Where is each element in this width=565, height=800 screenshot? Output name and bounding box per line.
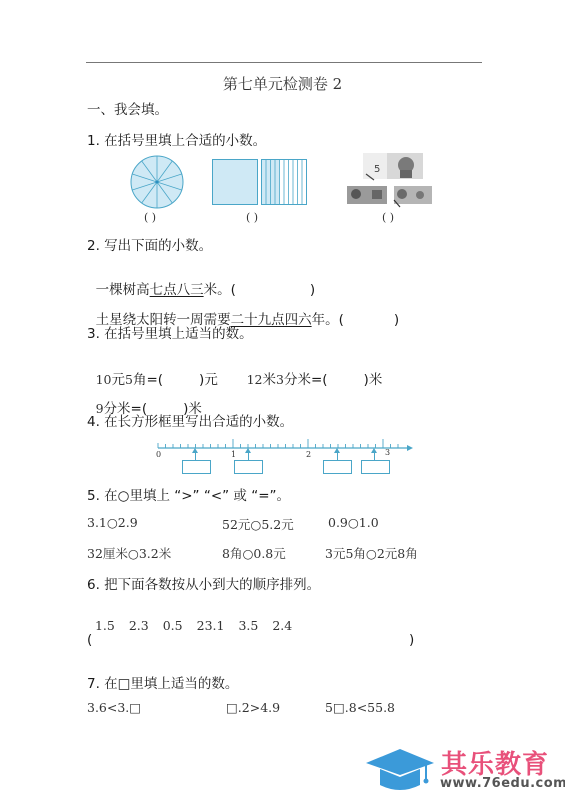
- answer-box-3[interactable]: [323, 460, 352, 474]
- answer-box-2[interactable]: [234, 460, 263, 474]
- page-title: 第七单元检测卷 2: [0, 73, 565, 94]
- square-decimal-figure: [212, 159, 308, 206]
- q6-numbers: 1.52.30.523.13.52.4: [87, 603, 292, 633]
- number: 2.3: [129, 618, 149, 633]
- question-1-label: 1. 在括号里填上合适的小数。: [87, 129, 266, 149]
- arrow-up-icon: [245, 448, 251, 453]
- section-heading: 一、我会填。: [87, 98, 168, 118]
- q7-item-2[interactable]: □.2>4.9: [226, 700, 280, 715]
- arrow-up-icon: [334, 448, 340, 453]
- unit: 米: [263, 372, 277, 388]
- arrow-up-icon: [371, 448, 377, 453]
- banknotes-figure: 5: [346, 152, 446, 210]
- close-paren: ): [394, 312, 399, 328]
- q5-row1-item-2[interactable]: 52元○5.2元: [222, 515, 294, 533]
- unit: 分米=(: [284, 372, 328, 388]
- q6-close-paren: ): [409, 632, 414, 648]
- number: 2.4: [272, 618, 292, 633]
- q3-item-2: 12米3分米=()米: [238, 352, 382, 388]
- unit: )米: [364, 372, 383, 388]
- number: 12: [247, 372, 263, 387]
- svg-text:5: 5: [374, 164, 380, 175]
- number: 0.5: [163, 618, 183, 633]
- question-3-label: 3. 在括号里填上适当的数。: [87, 322, 253, 342]
- answer-box-4[interactable]: [361, 460, 390, 474]
- svg-text:3: 3: [385, 448, 390, 457]
- graduation-cap-icon: [364, 745, 440, 793]
- q7-item-1[interactable]: 3.6<3.□: [87, 700, 141, 715]
- question-2-label: 2. 写出下面的小数。: [87, 234, 212, 254]
- q7-item-3[interactable]: 5□.8<55.8: [325, 700, 395, 715]
- question-6-label: 6. 把下面各数按从小到大的顺序排列。: [87, 573, 320, 593]
- answer-blank-2[interactable]: ( ): [246, 211, 258, 224]
- answer-blank-1[interactable]: ( ): [144, 211, 156, 224]
- header-rule: [86, 62, 482, 63]
- q5-row2-item-2[interactable]: 8角○0.8元: [222, 544, 286, 562]
- question-7-label: 7. 在□里填上适当的数。: [87, 672, 238, 692]
- question-5-label: 5. 在○里填上 “>” “<” 或 “=”。: [87, 484, 290, 504]
- brand-url: www.76edu.com: [440, 776, 565, 791]
- answer-blank-3[interactable]: ( ): [382, 211, 394, 224]
- q5-row2-item-3[interactable]: 3元5角○2元8角: [325, 544, 418, 562]
- q5-row2-item-1[interactable]: 32厘米○3.2米: [87, 544, 171, 562]
- question-4-label: 4. 在长方形框里写出合适的小数。: [87, 410, 293, 430]
- number: 1.5: [95, 618, 115, 633]
- svg-text:2: 2: [306, 450, 311, 459]
- svg-text:1: 1: [231, 450, 236, 459]
- circle-fraction-figure: [130, 155, 184, 209]
- arrow-up-icon: [192, 448, 198, 453]
- q5-row1-item-3[interactable]: 0.9○1.0: [328, 515, 379, 530]
- q6-open-paren: (: [87, 632, 92, 648]
- number: 3: [276, 372, 284, 387]
- q2-item-2-after: 年。(: [312, 312, 344, 328]
- number: 23.1: [197, 618, 225, 633]
- answer-box-1[interactable]: [182, 460, 211, 474]
- number: 3.5: [238, 618, 258, 633]
- q6-answer-blank[interactable]: [97, 632, 407, 650]
- q5-row1-item-1[interactable]: 3.1○2.9: [87, 515, 138, 530]
- svg-text:0: 0: [156, 450, 161, 459]
